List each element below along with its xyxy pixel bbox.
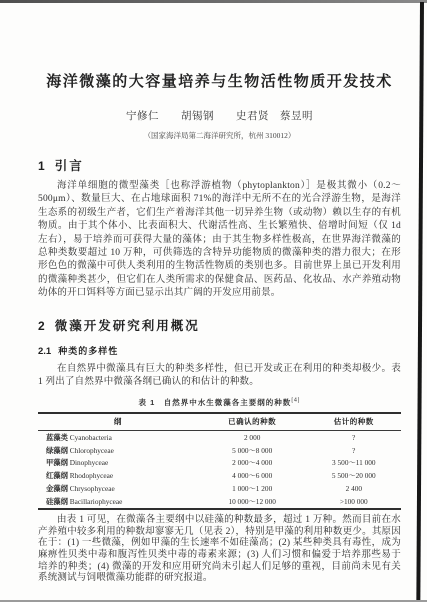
author-list: 宁修仁 胡锡钢 史君贤 蔡昱明 [38, 108, 401, 123]
class-name-latin: Rhodophyceae [68, 471, 113, 480]
header-confirmed: 已确认的种数 [198, 413, 307, 431]
section-2-1-number: 2.1 [38, 346, 51, 357]
class-name-cell: 金藻纲 Chrysophyceae [38, 483, 198, 496]
paper-page: 海洋微藻的大容量培养与生物活性物质开发技术 宁修仁 胡锡钢 史君贤 蔡昱明 （国… [0, 0, 427, 602]
class-name-cn: 蓝藻类 [46, 433, 68, 442]
confirmed-count-cell: 5 000～8 000 [198, 444, 307, 457]
table-row: 蓝藻类 Cyanobacteria2 000? [38, 431, 401, 444]
class-name-cn: 甲藻纲 [46, 458, 68, 467]
class-name-cell: 绿藻纲 Chlorophyceae [38, 444, 198, 457]
confirmed-count-cell: 2 000 [198, 431, 307, 444]
section-2-number: 2 [38, 319, 45, 333]
class-name-latin: Chlorophyceae [68, 446, 114, 455]
estimated-count-cell: 5 500～20 000 [307, 470, 401, 483]
section-2-1-title: 种类的多样性 [58, 344, 118, 357]
table-1-citation-ref: [4] [291, 398, 300, 404]
section-2-title: 微藻开发研究利用概况 [55, 316, 200, 334]
class-name-cell: 甲藻纲 Dinophyceae [38, 457, 198, 470]
section-1-number: 1 [38, 159, 45, 173]
class-name-cn: 硅藻纲 [46, 497, 68, 506]
page-content: 海洋微藻的大容量培养与生物活性物质开发技术 宁修仁 胡锡钢 史君贤 蔡昱明 （国… [0, 0, 427, 585]
header-row: 纲 已确认的种数 估计的种数 [38, 413, 401, 431]
section-1-title: 引言 [55, 156, 84, 174]
estimated-count-cell: 2 400 [307, 483, 401, 496]
estimated-count-cell: ? [307, 444, 401, 457]
class-name-latin: Dinophyceae [68, 458, 108, 467]
class-name-latin: Chrysophyceae [68, 484, 115, 493]
estimated-count-cell: >100 000 [307, 495, 401, 509]
species-table-header: 纲 已确认的种数 估计的种数 [38, 413, 401, 431]
class-name-cn: 红藻纲 [46, 471, 68, 480]
table-1-block: 表 1 自然界中水生微藻各主要纲的种数[4] 纲 已确认的种数 估计的种数 蓝藻… [38, 397, 401, 510]
paper-title: 海洋微藻的大容量培养与生物活性物质开发技术 [38, 70, 401, 91]
confirmed-count-cell: 2 000～4 000 [198, 457, 307, 470]
section-2-1-heading: 2.1 种类的多样性 [38, 344, 401, 357]
table-row: 金藻纲 Chrysophyceae1 000～1 2002 400 [38, 483, 401, 496]
confirmed-count-cell: 4 000～6 000 [198, 470, 307, 483]
table-1-caption-text: 表 1 自然界中水生微藻各主要纲的种数 [139, 398, 292, 407]
class-name-cell: 硅藻纲 Bacillariophyceae [38, 495, 198, 509]
section-1-paragraph: 海洋单细胞的微型藻类［也称浮游植物（phytoplankton）］是极其微小（0… [38, 180, 401, 301]
species-table: 纲 已确认的种数 估计的种数 蓝藻类 Cyanobacteria2 000?绿藻… [38, 412, 401, 510]
table-row: 红藻纲 Rhodophyceae4 000～6 0005 500～20 000 [38, 470, 401, 483]
table-1-caption: 表 1 自然界中水生微藻各主要纲的种数[4] [38, 397, 401, 408]
closing-paragraph: 由表 1 可见，在微藻各主要纲中以硅藻的种数最多，超过 1 万种。然而目前在水产… [38, 515, 401, 585]
table-row: 硅藻纲 Bacillariophyceae10 000～12 000>100 0… [38, 495, 401, 509]
class-name-cell: 蓝藻类 Cyanobacteria [38, 431, 198, 444]
class-name-latin: Cyanobacteria [68, 433, 112, 442]
table-row: 绿藻纲 Chlorophyceae5 000～8 000? [38, 444, 401, 457]
estimated-count-cell: 3 500～11 000 [307, 457, 401, 470]
estimated-count-cell: ? [307, 431, 401, 444]
section-2-1-paragraph: 在自然界中微藻具有巨大的种类多样性，但已开发或正在利用的种类却极少。表 1 列出… [38, 363, 401, 390]
table-row: 甲藻纲 Dinophyceae2 000～4 0003 500～11 000 [38, 457, 401, 470]
confirmed-count-cell: 1 000～1 200 [198, 483, 307, 496]
class-name-cn: 金藻纲 [46, 484, 68, 493]
confirmed-count-cell: 10 000～12 000 [198, 495, 307, 509]
section-1-heading: 1 引言 [38, 156, 401, 174]
class-name-cn: 绿藻纲 [46, 446, 68, 455]
header-estimated: 估计的种数 [307, 413, 401, 431]
section-2-heading: 2 微藻开发研究利用概况 [38, 316, 401, 334]
affiliation: （国家海洋局第二海洋研究所，杭州 310012） [38, 130, 401, 141]
header-class: 纲 [38, 413, 198, 431]
class-name-latin: Bacillariophyceae [68, 497, 123, 506]
class-name-cell: 红藻纲 Rhodophyceae [38, 470, 198, 483]
species-table-body: 蓝藻类 Cyanobacteria2 000?绿藻纲 Chlorophyceae… [38, 431, 401, 509]
